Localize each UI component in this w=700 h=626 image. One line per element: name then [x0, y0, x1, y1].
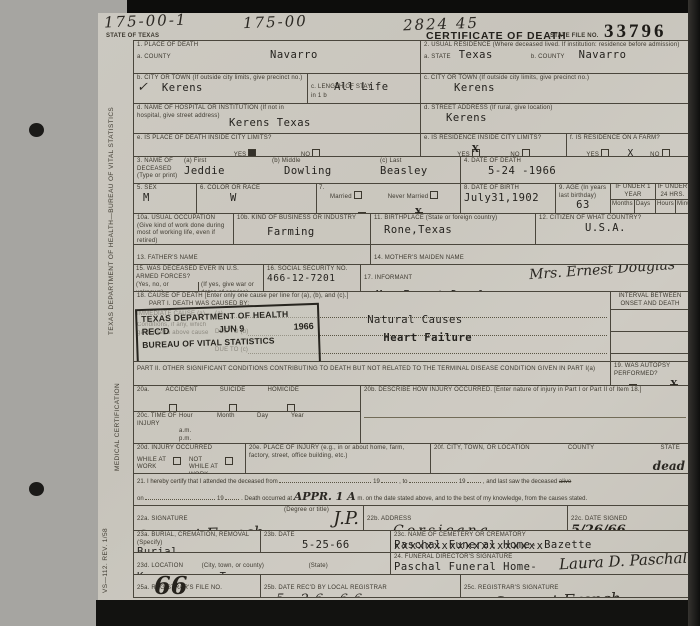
checkmark-annotation: ✓	[137, 80, 148, 95]
business-value: Farming	[267, 227, 367, 239]
homicide-label: HOMICIDE	[268, 387, 300, 395]
field-funeral-director: 24. FUNERAL DIRECTOR'S SIGNATURE Paschal…	[391, 553, 689, 574]
location-city-value: Kerens,	[137, 571, 185, 574]
farm-x-mark: X	[627, 148, 633, 157]
never-married-label: Never Married	[388, 194, 429, 200]
injury-state-label: STATE	[661, 445, 680, 453]
field-place-of-death-county: 1. PLACE OF DEATH a. COUNTY Navarro	[134, 41, 421, 73]
married-checkbox	[354, 191, 362, 199]
autopsy-yes-checkbox	[629, 384, 637, 385]
cert-text1: I hereby certify that I attended the dec…	[147, 479, 278, 485]
handwritten-number-mid: 175-00	[243, 12, 308, 32]
row-physician-signature: 22a. SIGNATURE (Degree or title) Stewart…	[134, 506, 689, 531]
place-limits-yes-checkbox	[248, 149, 256, 157]
interval-blank-a	[611, 310, 689, 332]
burial-value: Burial	[137, 547, 257, 552]
suicide-checkbox	[229, 404, 237, 412]
race-label: 6. COLOR OR RACE	[200, 185, 313, 193]
row-certification: 21. I hereby certify that I attended the…	[134, 474, 689, 506]
date-received-handwritten: 5-26-66	[276, 592, 457, 597]
field-armed-forces: 15. WAS DECEASED EVER IN U.S. ARMED FORC…	[134, 265, 264, 291]
field-date-received: 25b. DATE REC'D BY LOCAL REGISTRAR 5-26-…	[261, 575, 461, 597]
location-label: 23d. LOCATION	[137, 563, 183, 569]
birthplace-label: 11. BIRTHPLACE (State or foreign country…	[374, 215, 532, 223]
autopsy-no-checkbox: X	[670, 384, 678, 385]
field-time-of-injury: 20c. TIME OF INJURY Hour Month Day Year …	[134, 412, 360, 443]
row-cause-of-death: 18. CAUSE OF DEATH [Enter only one cause…	[134, 292, 689, 362]
field-burial-type: 23a. BURIAL, CREMATION, REMOVAL (Specify…	[134, 531, 261, 552]
row-sex-race-marital-dob-age: 5. SEX M 6. COLOR OR RACE W 7. Married W…	[134, 184, 689, 214]
farm-label: f. IS RESIDENCE ON A FARM?	[570, 135, 686, 143]
row-injury-details: 20a. ACCIDENT SUICIDE HOMICIDE	[134, 386, 689, 444]
injury-county-label: COUNTY	[568, 445, 595, 453]
injury-occurred-label: 20d. INJURY OCCURRED	[137, 445, 242, 453]
row-place-residence-3: d. NAME OF HOSPITAL OR INSTITUTION (If n…	[134, 104, 689, 134]
stamp-year: 1966	[293, 321, 313, 332]
scan-artifact-right-edge	[688, 0, 700, 626]
residence-limits-no-checkbox	[522, 149, 530, 157]
am-label: a.m.	[179, 428, 357, 436]
divorced-checkbox: X	[415, 212, 423, 213]
describe-injury-label: 20b. DESCRIBE HOW INJURY OCCURRED. [Ente…	[364, 387, 686, 395]
certificate-paper: 175-00-1 175-00 2824 45 STATE OF TEXAS C…	[98, 13, 688, 600]
field-fathers-name: 13. FATHER'S NAME T.C. Beasley	[134, 245, 371, 264]
months-label: Months	[611, 200, 635, 213]
middle-name-value: Dowling	[284, 166, 374, 178]
row-injury-location: 20d. INJURY OCCURRED WHILE AT WORK NOT W…	[134, 444, 689, 474]
field-if-under-1-year: IF UNDER 1 YEAR Months Days	[611, 184, 656, 213]
field-place-inside-city-limits: e. IS PLACE OF DEATH INSIDE CITY LIMITS?…	[134, 134, 421, 156]
field-marital-status: 7. Married Widowed Never Married Divorce…	[317, 184, 461, 213]
widowed-checkbox	[358, 212, 366, 213]
farm-no-checkbox	[662, 149, 670, 157]
cert-alive-struck: alive	[559, 479, 571, 485]
burial-label: 23a. BURIAL, CREMATION, REMOVAL (Specify…	[137, 532, 257, 547]
month-label: Month	[217, 413, 257, 428]
field-cause-of-death: 18. CAUSE OF DEATH [Enter only one cause…	[134, 292, 611, 361]
row-occupation-birthplace-citizen: 10a. USUAL OCCUPATION (Give kind of work…	[134, 214, 689, 245]
place-limits-no-label: NO	[301, 152, 310, 157]
row-part2-autopsy: PART II. OTHER SIGNIFICANT CONDITIONS CO…	[134, 362, 689, 386]
name-of-deceased-heading: 3. NAME OF DECEASED (Type or print)	[134, 157, 181, 183]
time-of-injury-label: 20c. TIME OF INJURY	[137, 413, 179, 428]
punch-hole-top	[29, 123, 44, 137]
stamp-line3: BUREAU OF VITAL STATISTICS	[142, 334, 314, 350]
ssn-value: 466-12-7201	[267, 274, 357, 284]
cert-text3: , and last saw the deceased	[483, 479, 557, 485]
location-sub2: (State)	[309, 563, 328, 569]
hospital-value: Kerens Texas	[229, 118, 311, 130]
cert-year1: 19	[373, 479, 380, 485]
field-kind-of-business: 10b. KIND OF BUSINESS OR INDUSTRY Farmin…	[234, 214, 371, 244]
day-label: Day	[257, 413, 291, 428]
first-name-value: Jeddie	[184, 166, 266, 178]
row-burial: 23a. BURIAL, CREMATION, REMOVAL (Specify…	[134, 531, 689, 553]
burial-date-value: 5-25-66	[302, 540, 387, 552]
field-citizen-of: 12. CITIZEN OF WHAT COUNTRY? U.S.A.	[536, 214, 689, 244]
interval-label: INTERVAL BETWEEN ONSET AND DEATH	[611, 292, 689, 310]
field-usual-occupation: 10a. USUAL OCCUPATION (Give kind of work…	[134, 214, 234, 244]
margin-form-number: VS—112. REV. 1/58	[102, 528, 109, 593]
county-label: a. COUNTY	[137, 54, 171, 62]
row-city-limits: e. IS PLACE OF DEATH INSIDE CITY LIMITS?…	[134, 134, 689, 157]
received-stamp: TEXAS DEPARTMENT OF HEALTH REC'D JUN 9 1…	[135, 303, 321, 361]
field-hospital-or-institution: d. NAME OF HOSPITAL OR INSTITUTION (If n…	[134, 104, 421, 133]
race-value: W	[230, 193, 313, 205]
stamp-recd: REC'D	[142, 326, 170, 337]
field-informant: 17. INFORMANT Mrs. Ernest Douglas Mrs Er…	[361, 265, 689, 291]
length-of-stay-value: All Life	[334, 82, 389, 94]
never-married-checkbox	[430, 191, 438, 199]
sex-value: M	[143, 193, 193, 205]
residence-limits-label: e. IS RESIDENCE INSIDE CITY LIMITS?	[424, 135, 563, 143]
cause-heading: 18. CAUSE OF DEATH [Enter only one cause…	[137, 293, 607, 301]
field-cemetery-name: 23c. NAME OF CEMETERY OR CREMATORY Pasch…	[391, 531, 689, 552]
birthplace-value: Rone,Texas	[384, 225, 532, 237]
not-while-at-work-checkbox	[225, 457, 233, 465]
cert-year3: 19	[217, 496, 224, 502]
field-street-address: d. STREET ADDRESS (If rural, give locati…	[421, 104, 689, 133]
days-label: Days	[635, 200, 655, 213]
signature-label: 22a. SIGNATURE	[137, 516, 188, 522]
farm-yes-label: YES	[586, 152, 599, 157]
accident-label: ACCIDENT	[165, 387, 197, 395]
field-length-of-stay: c. LENGTH OF STAY in 1 b All Life	[308, 74, 421, 103]
scan-artifact-top-bar	[127, 0, 700, 13]
handwritten-dead-note: dead	[653, 459, 685, 473]
cert-number: 21.	[137, 479, 145, 485]
field-accident-suicide-homicide: 20a. ACCIDENT SUICIDE HOMICIDE	[134, 386, 360, 412]
field-signature: 22a. SIGNATURE (Degree or title) Stewart…	[134, 506, 364, 530]
date-of-death-value: 5-24 -1966	[488, 166, 686, 178]
cert-text6: m. on the date stated above, and to the …	[357, 496, 587, 502]
row-parents: 13. FATHER'S NAME T.C. Beasley 14. MOTHE…	[134, 245, 689, 265]
place-city-limits-label: e. IS PLACE OF DEATH INSIDE CITY LIMITS?	[137, 135, 417, 143]
place-city-value: Kerens	[162, 83, 203, 95]
field-residence-on-farm: f. IS RESIDENCE ON A FARM? YES X NO	[567, 134, 689, 156]
field-if-under-24-hrs: IF UNDER 24 HRS. Hours Minutes	[656, 184, 689, 213]
mother-label: 14. MOTHER'S MAIDEN NAME	[374, 255, 464, 261]
field-part2-conditions: PART II. OTHER SIGNIFICANT CONDITIONS CO…	[134, 362, 611, 385]
street-address-value: Kerens	[446, 113, 686, 125]
degree-or-title-label: (Degree or title)	[284, 507, 329, 515]
location-sub1: (City, town, or county)	[202, 563, 265, 569]
place-limits-no-checkbox	[312, 149, 320, 157]
field-burial-date: 23b. DATE 5-25-66	[261, 531, 391, 552]
residence-city-value: Kerens	[454, 83, 686, 95]
informant-label: 17. INFORMANT	[364, 275, 412, 281]
address-label: 22b. ADDRESS	[367, 516, 411, 522]
residence-limits-yes-checkbox: X	[472, 149, 480, 157]
date-received-label: 25b. DATE REC'D BY LOCAL REGISTRAR	[264, 585, 387, 591]
armed-forces-label: 15. WAS DECEASED EVER IN U.S. ARMED FORC…	[134, 265, 263, 282]
suicide-label: SUICIDE	[220, 387, 246, 395]
occupation-label: 10a. USUAL OCCUPATION (Give kind of work…	[137, 215, 230, 244]
cert-text5: . Death occurred at	[241, 496, 292, 502]
field-date-signed: 22c. DATE SIGNED 5/26/66	[568, 506, 689, 530]
registrar-signature-label: 25c. REGISTRAR'S SIGNATURE	[464, 585, 559, 591]
certificate-form: 1. PLACE OF DEATH a. COUNTY Navarro 2. U…	[133, 40, 690, 598]
field-date-of-birth: 8. DATE OF BIRTH July31,1902	[461, 184, 556, 213]
row-registrar: 25a. REGISTRAR'S FILE NO. 66 25b. DATE R…	[134, 575, 689, 597]
accident-checkbox	[169, 404, 177, 412]
place-of-injury-label: 20e. PLACE OF INJURY (e.g., in or about …	[249, 445, 427, 460]
interval-column: INTERVAL BETWEEN ONSET AND DEATH	[611, 292, 689, 361]
part2-label: PART II. OTHER SIGNIFICANT CONDITIONS CO…	[137, 366, 607, 374]
pm-label: p.m.	[179, 436, 357, 444]
age-label: 9. AGE (In years last birthday)	[559, 185, 607, 200]
field-sex: 5. SEX M	[134, 184, 197, 213]
residence-county-value: Navarro	[579, 50, 627, 62]
date-signed-handwritten: 5/26/66	[571, 523, 686, 530]
field-date-of-death: 4. DATE OF DEATH 5-24 -1966	[461, 157, 689, 183]
field-residence-inside-city-limits: e. IS RESIDENCE INSIDE CITY LIMITS? YESX…	[421, 134, 567, 156]
place-limits-yes-label: YES	[234, 152, 247, 157]
residence-county-label: b. COUNTY	[531, 54, 565, 62]
citizen-value: U.S.A.	[585, 223, 686, 235]
year-label: Year	[291, 413, 304, 428]
county-value: Navarro	[270, 50, 318, 62]
injury-blank-line	[364, 395, 686, 418]
injury-left-column: 20a. ACCIDENT SUICIDE HOMICIDE	[134, 386, 361, 443]
field-certification-statement: 21. I hereby certify that I attended the…	[134, 474, 689, 505]
row-forces-ssn-informant: 15. WAS DECEASED EVER IN U.S. ARMED FORC…	[134, 265, 689, 292]
dob-value: July31,1902	[464, 193, 552, 205]
cert-handwritten-time: APPR. 1 A	[294, 490, 356, 503]
not-while-at-work-label: NOT WHILE AT WORK	[189, 457, 223, 474]
address-handwritten: Corsicana	[393, 523, 564, 530]
cert-year2: 19	[459, 479, 466, 485]
under-24-hrs-label: IF UNDER 24 HRS.	[656, 184, 689, 200]
informant-handwritten: Mrs. Ernest Douglas	[528, 265, 675, 283]
field-injury-city-county-state: 20f. CITY, TOWN, OR LOCATION COUNTY STAT…	[431, 444, 689, 473]
field-usual-residence: 2. USUAL RESIDENCE (Where deceased lived…	[421, 41, 689, 73]
while-at-work-label: WHILE AT WORK	[137, 457, 171, 474]
married-label: Married	[330, 194, 352, 200]
field-burial-location: 23d. LOCATION (City, town, or county) (S…	[134, 553, 391, 574]
residence-limits-yes-label: YES	[457, 152, 470, 157]
registrar-file-handwritten: 66	[154, 575, 187, 597]
field-color-or-race: 6. COLOR OR RACE W	[197, 184, 317, 213]
cause-a-value: Natural Causes	[367, 314, 463, 326]
location-state-value: Texas	[220, 571, 254, 574]
field-residence-city-or-town: c. CITY OR TOWN (If outside city limits,…	[421, 74, 689, 103]
date-signed-label: 22c. DATE SIGNED	[571, 516, 627, 522]
homicide-checkbox	[287, 404, 295, 412]
business-label: 10b. KIND OF BUSINESS OR INDUSTRY	[237, 215, 367, 223]
farm-yes-checkbox	[601, 149, 609, 157]
degree-title-handwritten: J.P.	[333, 508, 359, 529]
margin-medical-certification-label: MEDICAL CERTIFICATION	[114, 383, 121, 471]
cemetery-strikeout-xs: xxxxxxxxxxxxxxxxxxx	[394, 541, 545, 553]
cemetery-value: Bazette	[544, 539, 592, 551]
handwritten-number-left: 175-00-1	[104, 11, 188, 32]
armed-forces-sub1: (Yes, no, or unknown)	[136, 282, 196, 291]
row-location-director: 23d. LOCATION (City, town, or county) (S…	[134, 553, 689, 575]
scanned-death-certificate: 175-00-1 175-00 2824 45 STATE OF TEXAS C…	[0, 0, 700, 626]
father-label: 13. FATHER'S NAME	[137, 255, 198, 261]
field-first-name: (a) First Jeddie	[181, 157, 269, 183]
field-social-security: 16. SOCIAL SECURITY NO. 466-12-7201	[264, 265, 361, 291]
residence-limits-no-label: NO	[510, 152, 519, 157]
while-at-work-checkbox	[173, 457, 181, 465]
margin-department-label: TEXAS DEPARTMENT OF HEALTH—BUREAU OF VIT…	[108, 107, 115, 335]
interval-blank-b	[611, 332, 689, 354]
under-1-year-label: IF UNDER 1 YEAR	[611, 184, 655, 200]
armed-forces-sub2: (If yes, give war or dates of service)	[201, 282, 261, 291]
residence-state-value: Texas	[459, 50, 493, 62]
cert-text2: , to	[399, 479, 407, 485]
informant-typed: Mrs Ernest Dougless	[376, 290, 686, 291]
field-autopsy: 19. WAS AUTOPSY PERFORMED? YES NOX	[611, 362, 689, 385]
punch-hole-bottom	[29, 482, 44, 496]
field-place-of-injury: 20e. PLACE OF INJURY (e.g., in or about …	[246, 444, 431, 473]
field-mothers-maiden-name: 14. MOTHER'S MAIDEN NAME Lida Selmon	[371, 245, 689, 264]
field-last-name: (c) Last Beasley	[377, 157, 461, 183]
scan-artifact-bottom-bar	[96, 600, 700, 626]
field-middle-name: (b) Middle Dowling	[269, 157, 377, 183]
marital-label: 7.	[319, 185, 324, 193]
age-value: 63	[559, 200, 607, 212]
field-place-city-or-town: b. CITY OR TOWN (If outside city limits,…	[134, 74, 308, 103]
field-registrar-signature: 25c. REGISTRAR'S SIGNATURE Stewart Frenc…	[461, 575, 689, 597]
hours-label: Hours	[656, 200, 676, 213]
residence-state-label: a. STATE	[424, 54, 451, 62]
cert-text4: on	[137, 496, 144, 502]
field-describe-injury: 20b. DESCRIBE HOW INJURY OCCURRED. [Ente…	[361, 386, 689, 443]
injury-20a-label: 20a.	[137, 387, 149, 395]
autopsy-label: 19. WAS AUTOPSY PERFORMED?	[614, 363, 686, 378]
field-age: 9. AGE (In years last birthday) 63	[556, 184, 611, 213]
field-physician-address: 22b. ADDRESS Corsicana	[364, 506, 568, 530]
field-birthplace: 11. BIRTHPLACE (State or foreign country…	[371, 214, 536, 244]
last-name-value: Beasley	[380, 166, 457, 178]
length-of-stay-sublabel: in 1 b	[311, 93, 417, 101]
hour-label: Hour	[179, 413, 217, 428]
field-injury-occurred: 20d. INJURY OCCURRED WHILE AT WORK NOT W…	[134, 444, 246, 473]
row-place-residence-2: b. CITY OR TOWN (If outside city limits,…	[134, 74, 689, 104]
row-name-date-of-death: 3. NAME OF DECEASED (Type or print) (a) …	[134, 157, 689, 184]
row-place-residence-1: 1. PLACE OF DEATH a. COUNTY Navarro 2. U…	[134, 41, 689, 74]
injury-city-label: 20f. CITY, TOWN, OR LOCATION	[434, 445, 530, 453]
field-registrar-file-no: 25a. REGISTRAR'S FILE NO. 66	[134, 575, 261, 597]
stamp-date: JUN 9	[219, 323, 245, 334]
farm-no-label: NO	[650, 152, 659, 157]
